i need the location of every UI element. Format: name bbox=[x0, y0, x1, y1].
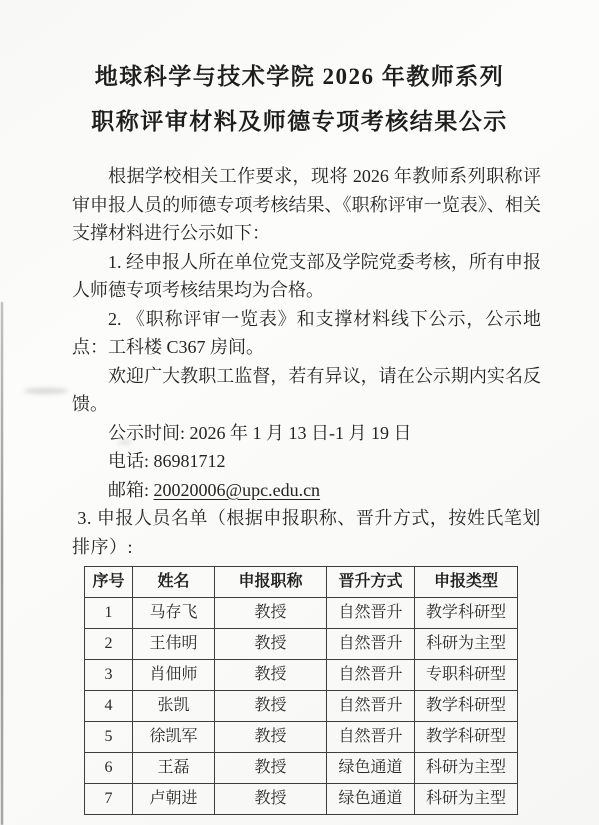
cell-type: 教学科研型 bbox=[415, 722, 518, 753]
header-cell-name: 姓名 bbox=[133, 567, 215, 598]
cell-index: 6 bbox=[85, 753, 133, 784]
cell-index: 4 bbox=[85, 691, 133, 722]
table-row: 2 王伟明 教授 自然晋升 科研为主型 bbox=[85, 629, 518, 660]
paragraph-supervision: 欢迎广大教职工监督，若有异议，请在公示期内实名反馈。 bbox=[72, 362, 541, 419]
cell-title: 教授 bbox=[215, 784, 327, 815]
cell-title: 教授 bbox=[215, 753, 327, 784]
cell-index: 3 bbox=[85, 660, 133, 691]
cell-name: 张凯 bbox=[133, 691, 215, 722]
paragraph-item-2: 2. 《职称评审一览表》和支撑材料线下公示，公示地点：工科楼 C367 房间。 bbox=[72, 305, 541, 362]
cell-promotion: 自然晋升 bbox=[327, 722, 415, 753]
scan-smudge bbox=[24, 388, 68, 394]
header-cell-index: 序号 bbox=[85, 567, 133, 598]
paragraph-intro: 根据学校相关工作要求，现将 2026 年教师系列职称评审申报人员的师德专项考核结… bbox=[72, 162, 541, 248]
table-row: 7 卢朝进 教授 绿色通道 科研为主型 bbox=[85, 784, 518, 815]
applicants-table: 序号 姓名 申报职称 晋升方式 申报类型 1 马存飞 教授 自然晋升 教学科研型… bbox=[84, 566, 518, 815]
header-cell-title: 申报职称 bbox=[215, 567, 327, 598]
cell-type: 科研为主型 bbox=[415, 629, 518, 660]
table-header-row: 序号 姓名 申报职称 晋升方式 申报类型 bbox=[85, 567, 518, 598]
cell-title: 教授 bbox=[215, 722, 327, 753]
table-row: 5 徐凯军 教授 自然晋升 教学科研型 bbox=[85, 722, 518, 753]
cell-type: 专职科研型 bbox=[415, 660, 518, 691]
cell-name: 肖佃师 bbox=[133, 660, 215, 691]
cell-promotion: 自然晋升 bbox=[327, 629, 415, 660]
cell-name: 马存飞 bbox=[133, 598, 215, 629]
cell-name: 王伟明 bbox=[133, 629, 215, 660]
cell-name: 卢朝进 bbox=[133, 784, 215, 815]
title-line-2: 职称评审材料及师德专项考核结果公示 bbox=[0, 107, 599, 137]
email-line: 邮箱: 20020006@upc.edu.cn bbox=[72, 476, 541, 505]
cell-index: 5 bbox=[85, 722, 133, 753]
email-address: 20020006@upc.edu.cn bbox=[154, 480, 321, 500]
scan-smudge bbox=[118, 440, 132, 445]
cell-type: 科研为主型 bbox=[415, 784, 518, 815]
phone-line: 电话: 86981712 bbox=[72, 447, 541, 476]
cell-title: 教授 bbox=[215, 629, 327, 660]
header-cell-promotion: 晋升方式 bbox=[327, 567, 415, 598]
cell-index: 2 bbox=[85, 629, 133, 660]
cell-name: 王磊 bbox=[133, 753, 215, 784]
cell-promotion: 自然晋升 bbox=[327, 691, 415, 722]
cell-index: 1 bbox=[85, 598, 133, 629]
applicant-list-heading: 3. 申报人员名单（根据申报职称、晋升方式，按姓氏笔划排序）: bbox=[72, 504, 541, 561]
cell-promotion: 自然晋升 bbox=[327, 660, 415, 691]
table-row: 1 马存飞 教授 自然晋升 教学科研型 bbox=[85, 598, 518, 629]
document-title: 地球科学与技术学院 2026 年教师系列 职称评审材料及师德专项考核结果公示 bbox=[0, 0, 599, 137]
cell-promotion: 自然晋升 bbox=[327, 598, 415, 629]
scan-edge-artifact bbox=[1, 302, 3, 825]
cell-promotion: 绿色通道 bbox=[327, 753, 415, 784]
scanned-notice-page: 地球科学与技术学院 2026 年教师系列 职称评审材料及师德专项考核结果公示 根… bbox=[0, 0, 599, 825]
publicity-period-line: 公示时间: 2026 年 1 月 13 日-1 月 19 日 bbox=[72, 419, 541, 448]
header-cell-type: 申报类型 bbox=[415, 567, 518, 598]
title-line-1: 地球科学与技术学院 2026 年教师系列 bbox=[0, 62, 599, 92]
cell-promotion: 绿色通道 bbox=[327, 784, 415, 815]
cell-type: 科研为主型 bbox=[415, 753, 518, 784]
cell-type: 教学科研型 bbox=[415, 691, 518, 722]
cell-index: 7 bbox=[85, 784, 133, 815]
cell-title: 教授 bbox=[215, 660, 327, 691]
table-row: 3 肖佃师 教授 自然晋升 专职科研型 bbox=[85, 660, 518, 691]
cell-title: 教授 bbox=[215, 598, 327, 629]
email-label: 邮箱: bbox=[108, 480, 154, 500]
table-row: 4 张凯 教授 自然晋升 教学科研型 bbox=[85, 691, 518, 722]
paragraph-item-1: 1. 经申报人所在单位党支部及学院党委考核，所有申报人师德专项考核结果均为合格。 bbox=[72, 248, 541, 305]
cell-type: 教学科研型 bbox=[415, 598, 518, 629]
table-row: 6 王磊 教授 绿色通道 科研为主型 bbox=[85, 753, 518, 784]
cell-title: 教授 bbox=[215, 691, 327, 722]
document-body: 根据学校相关工作要求，现将 2026 年教师系列职称评审申报人员的师德专项考核结… bbox=[0, 162, 599, 815]
cell-name: 徐凯军 bbox=[133, 722, 215, 753]
